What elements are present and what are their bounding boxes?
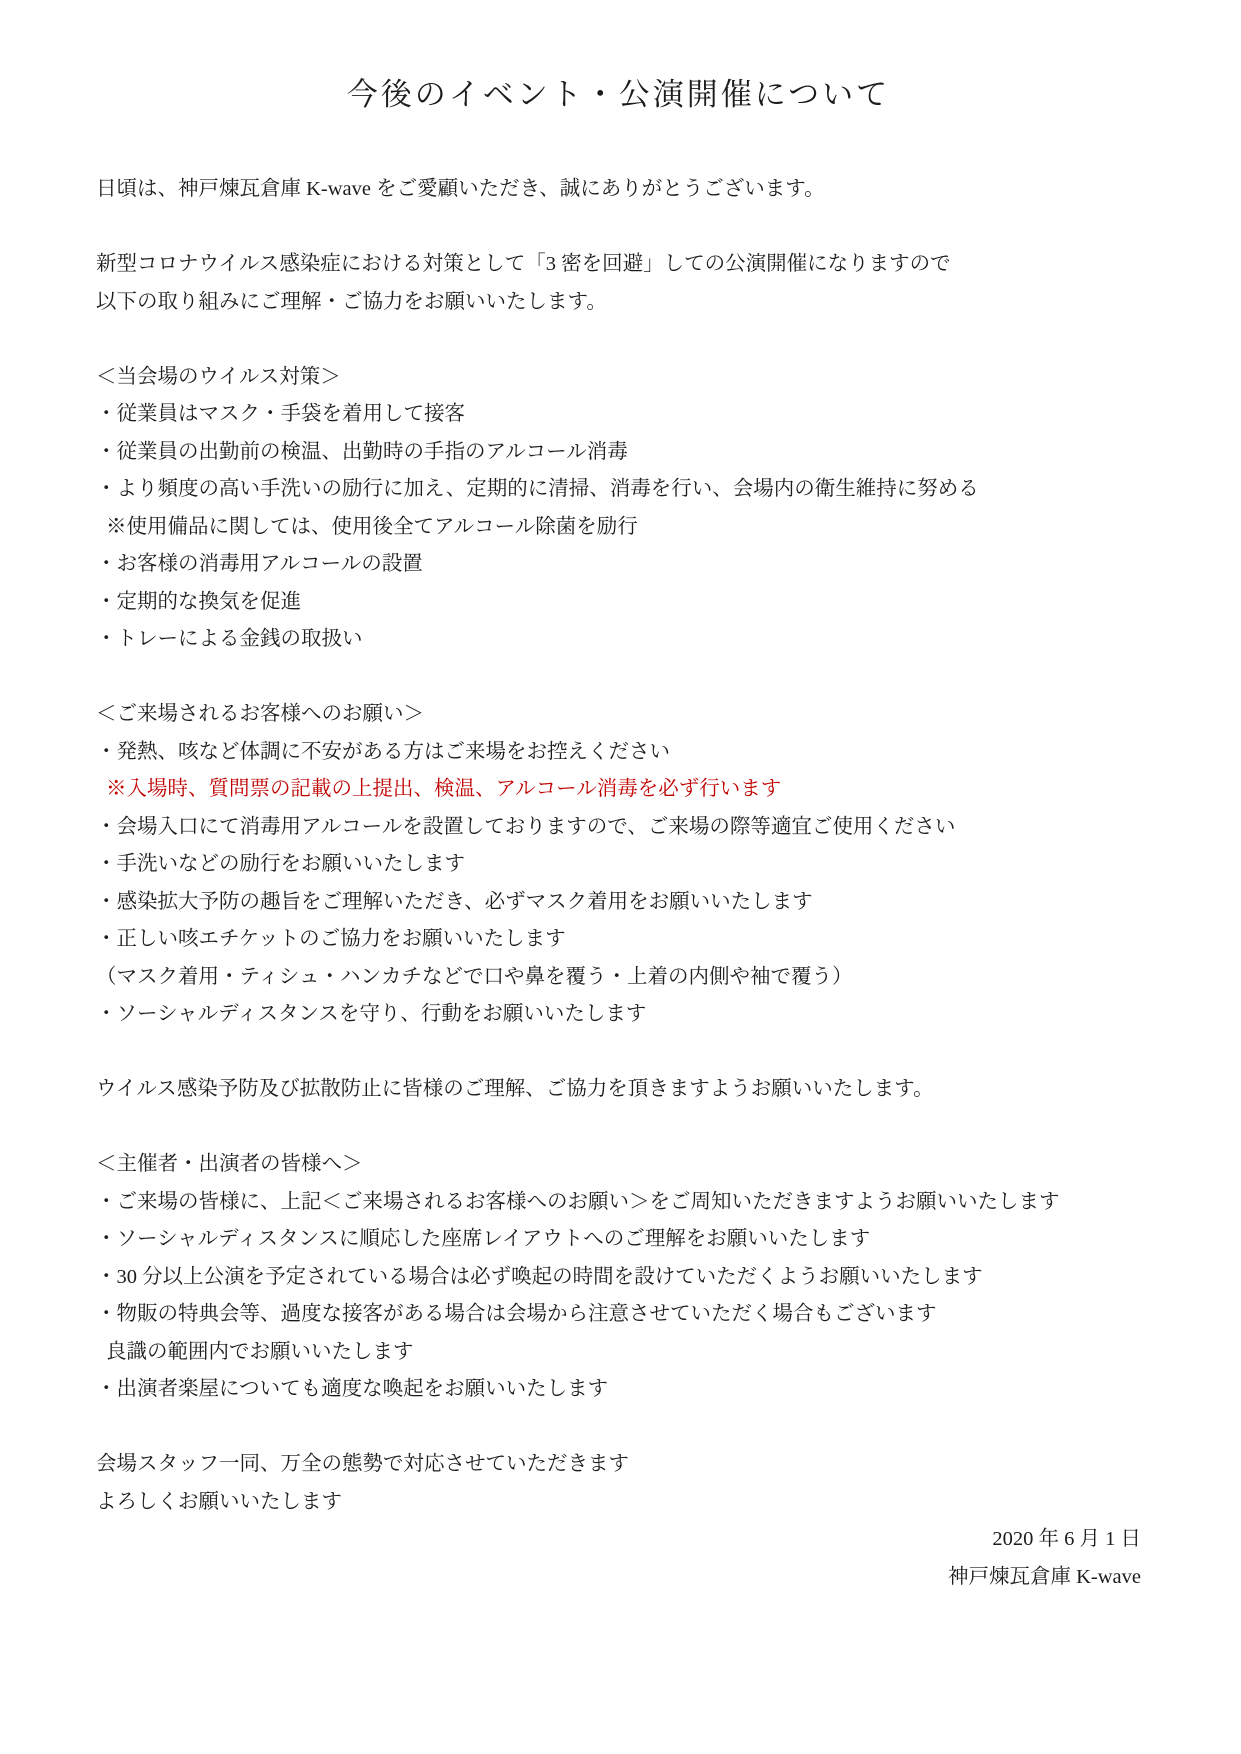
bullet-line: ・より頻度の高い手洗いの励行に加え、定期的に清掃、消毒を行い、会場内の衛生維持に… bbox=[96, 471, 1141, 509]
paragraph-line: 新型コロナウイルス感染症における対策として「3 密を回避」しての公演開催になりま… bbox=[96, 246, 1141, 284]
blank-line bbox=[96, 1109, 1141, 1147]
bullet-line: ・30 分以上公演を予定されている場合は必ず喚起の時間を設けていただくようお願い… bbox=[96, 1259, 1141, 1297]
bullet-line: ・発熱、咳など体調に不安がある方はご来場をお控えください bbox=[96, 734, 1141, 772]
document-body: 日頃は、神戸煉瓦倉庫 K-wave をご愛顧いただき、誠にありがとうございます。… bbox=[96, 171, 1141, 1521]
heading-line: ＜当会場のウイルス対策＞ bbox=[96, 359, 1141, 397]
paragraph-line: よろしくお願いいたします bbox=[96, 1484, 1141, 1522]
heading-line: ＜ご来場されるお客様へのお願い＞ bbox=[96, 696, 1141, 734]
blank-line bbox=[96, 659, 1141, 697]
heading-line: ＜主催者・出演者の皆様へ＞ bbox=[96, 1146, 1141, 1184]
bullet-line: ・ソーシャルディスタンスを守り、行動をお願いいたします bbox=[96, 996, 1141, 1034]
blank-line bbox=[96, 321, 1141, 359]
bullet-line: ・会場入口にて消毒用アルコールを設置しておりますので、ご来場の際等適宜ご使用くだ… bbox=[96, 809, 1141, 847]
blank-line bbox=[96, 1034, 1141, 1072]
bullet-line: ・従業員の出勤前の検温、出勤時の手指のアルコール消毒 bbox=[96, 434, 1141, 472]
document-page: 今後のイベント・公演開催について 日頃は、神戸煉瓦倉庫 K-wave をご愛顧い… bbox=[0, 0, 1241, 1754]
paragraph-line: 日頃は、神戸煉瓦倉庫 K-wave をご愛顧いただき、誠にありがとうございます。 bbox=[96, 171, 1141, 209]
blank-line bbox=[96, 1409, 1141, 1447]
paragraph-line: 会場スタッフ一同、万全の態勢で対応させていただきます bbox=[96, 1446, 1141, 1484]
bullet-line: ・定期的な換気を促進 bbox=[96, 584, 1141, 622]
bullet-line: ・お客様の消毒用アルコールの設置 bbox=[96, 546, 1141, 584]
bullet-line: ・従業員はマスク・手袋を着用して接客 bbox=[96, 396, 1141, 434]
continuation-line: （マスク着用・ティシュ・ハンカチなどで口や鼻を覆う・上着の内側や袖で覆う） bbox=[96, 959, 1141, 997]
document-signature: 神戸煉瓦倉庫 K-wave bbox=[96, 1559, 1141, 1597]
bullet-line: ・正しい咳エチケットのご協力をお願いいたします bbox=[96, 921, 1141, 959]
bullet-line: ・ご来場の皆様に、上記＜ご来場されるお客様へのお願い＞をご周知いただきますようお… bbox=[96, 1184, 1141, 1222]
bullet-line: ・手洗いなどの励行をお願いいたします bbox=[96, 846, 1141, 884]
note-line: ※入場時、質問票の記載の上提出、検温、アルコール消毒を必ず行います bbox=[96, 771, 1141, 809]
bullet-line: ・トレーによる金銭の取扱い bbox=[96, 621, 1141, 659]
bullet-line: ・出演者楽屋についても適度な喚起をお願いいたします bbox=[96, 1371, 1141, 1409]
continuation-line: 良識の範囲内でお願いいたします bbox=[96, 1334, 1141, 1372]
document-date: 2020 年 6 月 1 日 bbox=[96, 1521, 1141, 1559]
note-line: ※使用備品に関しては、使用後全てアルコール除菌を励行 bbox=[96, 509, 1141, 547]
document-title: 今後のイベント・公演開催について bbox=[96, 67, 1141, 123]
paragraph-line: ウイルス感染予防及び拡散防止に皆様のご理解、ご協力を頂きますようお願いいたします… bbox=[96, 1071, 1141, 1109]
bullet-line: ・感染拡大予防の趣旨をご理解いただき、必ずマスク着用をお願いいたします bbox=[96, 884, 1141, 922]
paragraph-line: 以下の取り組みにご理解・ご協力をお願いいたします。 bbox=[96, 284, 1141, 322]
blank-line bbox=[96, 209, 1141, 247]
bullet-line: ・物販の特典会等、過度な接客がある場合は会場から注意させていただく場合もございま… bbox=[96, 1296, 1141, 1334]
bullet-line: ・ソーシャルディスタンスに順応した座席レイアウトへのご理解をお願いいたします bbox=[96, 1221, 1141, 1259]
